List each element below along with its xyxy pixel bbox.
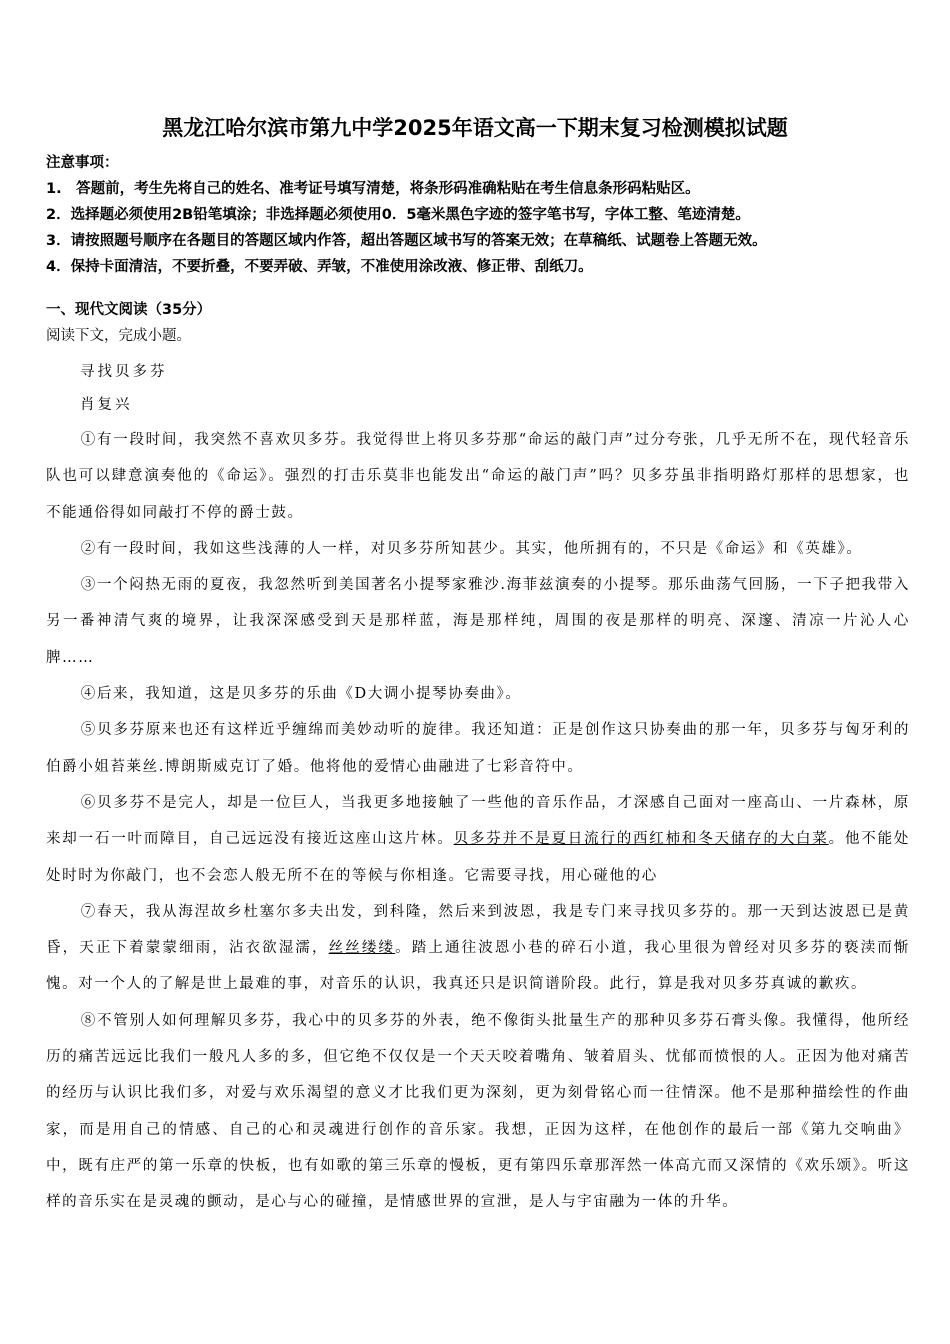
paragraph-8: ⑧不管别人如何理解贝多芬，我心中的贝多芬的外表，绝不像街头批量生产的那种贝多芬石… [46, 1003, 910, 1221]
page-title: 黑龙江哈尔滨市第九中学2025年语文高一下期末复习检测模拟试题 [0, 112, 950, 142]
article-author: 肖复兴 [80, 393, 133, 414]
exam-notes: 注意事项： 1. 答题前，考生先将自己的姓名、准考证号填写清楚，将条形码准确粘贴… [46, 150, 926, 280]
note-item: 2．选择题必须使用2B铅笔填涂；非选择题必须使用0．5毫米黑色字迹的签字笔书写，… [46, 202, 926, 228]
paragraph-7: ⑦春天，我从海涅故乡杜塞尔多夫出发，到科隆，然后来到波恩，我是专门来寻找贝多芬的… [46, 894, 910, 1003]
note-item: 1. 答题前，考生先将自己的姓名、准考证号填写清楚，将条形码准确粘贴在考生信息条… [46, 176, 926, 202]
paragraph-5: ⑤贝多芬原来也还有这样近乎缠绵而美妙动听的旋律。我还知道：正是创作这只协奏曲的那… [46, 712, 910, 785]
paragraph-1: ①有一段时间，我突然不喜欢贝多芬。我觉得世上将贝多芬那“命运的敲门声”过分夸张，… [46, 422, 910, 531]
underlined-sentence: 贝多芬并不是夏日流行的西红柿和冬天储存的大白菜 [454, 831, 829, 847]
notes-header: 注意事项： [46, 150, 926, 176]
article-body: ①有一段时间，我突然不喜欢贝多芬。我觉得世上将贝多芬那“命运的敲门声”过分夸张，… [46, 422, 910, 1221]
paragraph-2: ②有一段时间，我如这些浅薄的人一样，对贝多芬所知甚少。其实，他所拥有的，不只是《… [46, 531, 910, 567]
note-item: 4．保持卡面清洁，不要折叠，不要弄破、弄皱，不准使用涂改液、修正带、刮纸刀。 [46, 254, 926, 280]
section-intro: 阅读下文，完成小题。 [46, 324, 926, 345]
paragraph-4: ④后来，我知道，这是贝多芬的乐曲《D大调小提琴协奏曲》。 [46, 676, 910, 712]
article-title: 寻找贝多芬 [80, 360, 168, 381]
paragraph-3: ③一个闷热无雨的夏夜，我忽然听到美国著名小提琴家雅沙.海菲兹演奏的小提琴。那乐曲… [46, 567, 910, 676]
underlined-phrase: 丝丝缕缕 [329, 940, 396, 956]
note-item: 3．请按照题号顺序在各题目的答题区域内作答，超出答题区域书写的答案无效；在草稿纸… [46, 228, 926, 254]
paragraph-6: ⑥贝多芬不是完人，却是一位巨人，当我更多地接触了一些他的音乐作品，才深感自己面对… [46, 785, 910, 894]
exam-page: 黑龙江哈尔滨市第九中学2025年语文高一下期末复习检测模拟试题 注意事项： 1.… [0, 0, 950, 1344]
section-title: 一、现代文阅读（35分） [46, 298, 926, 319]
